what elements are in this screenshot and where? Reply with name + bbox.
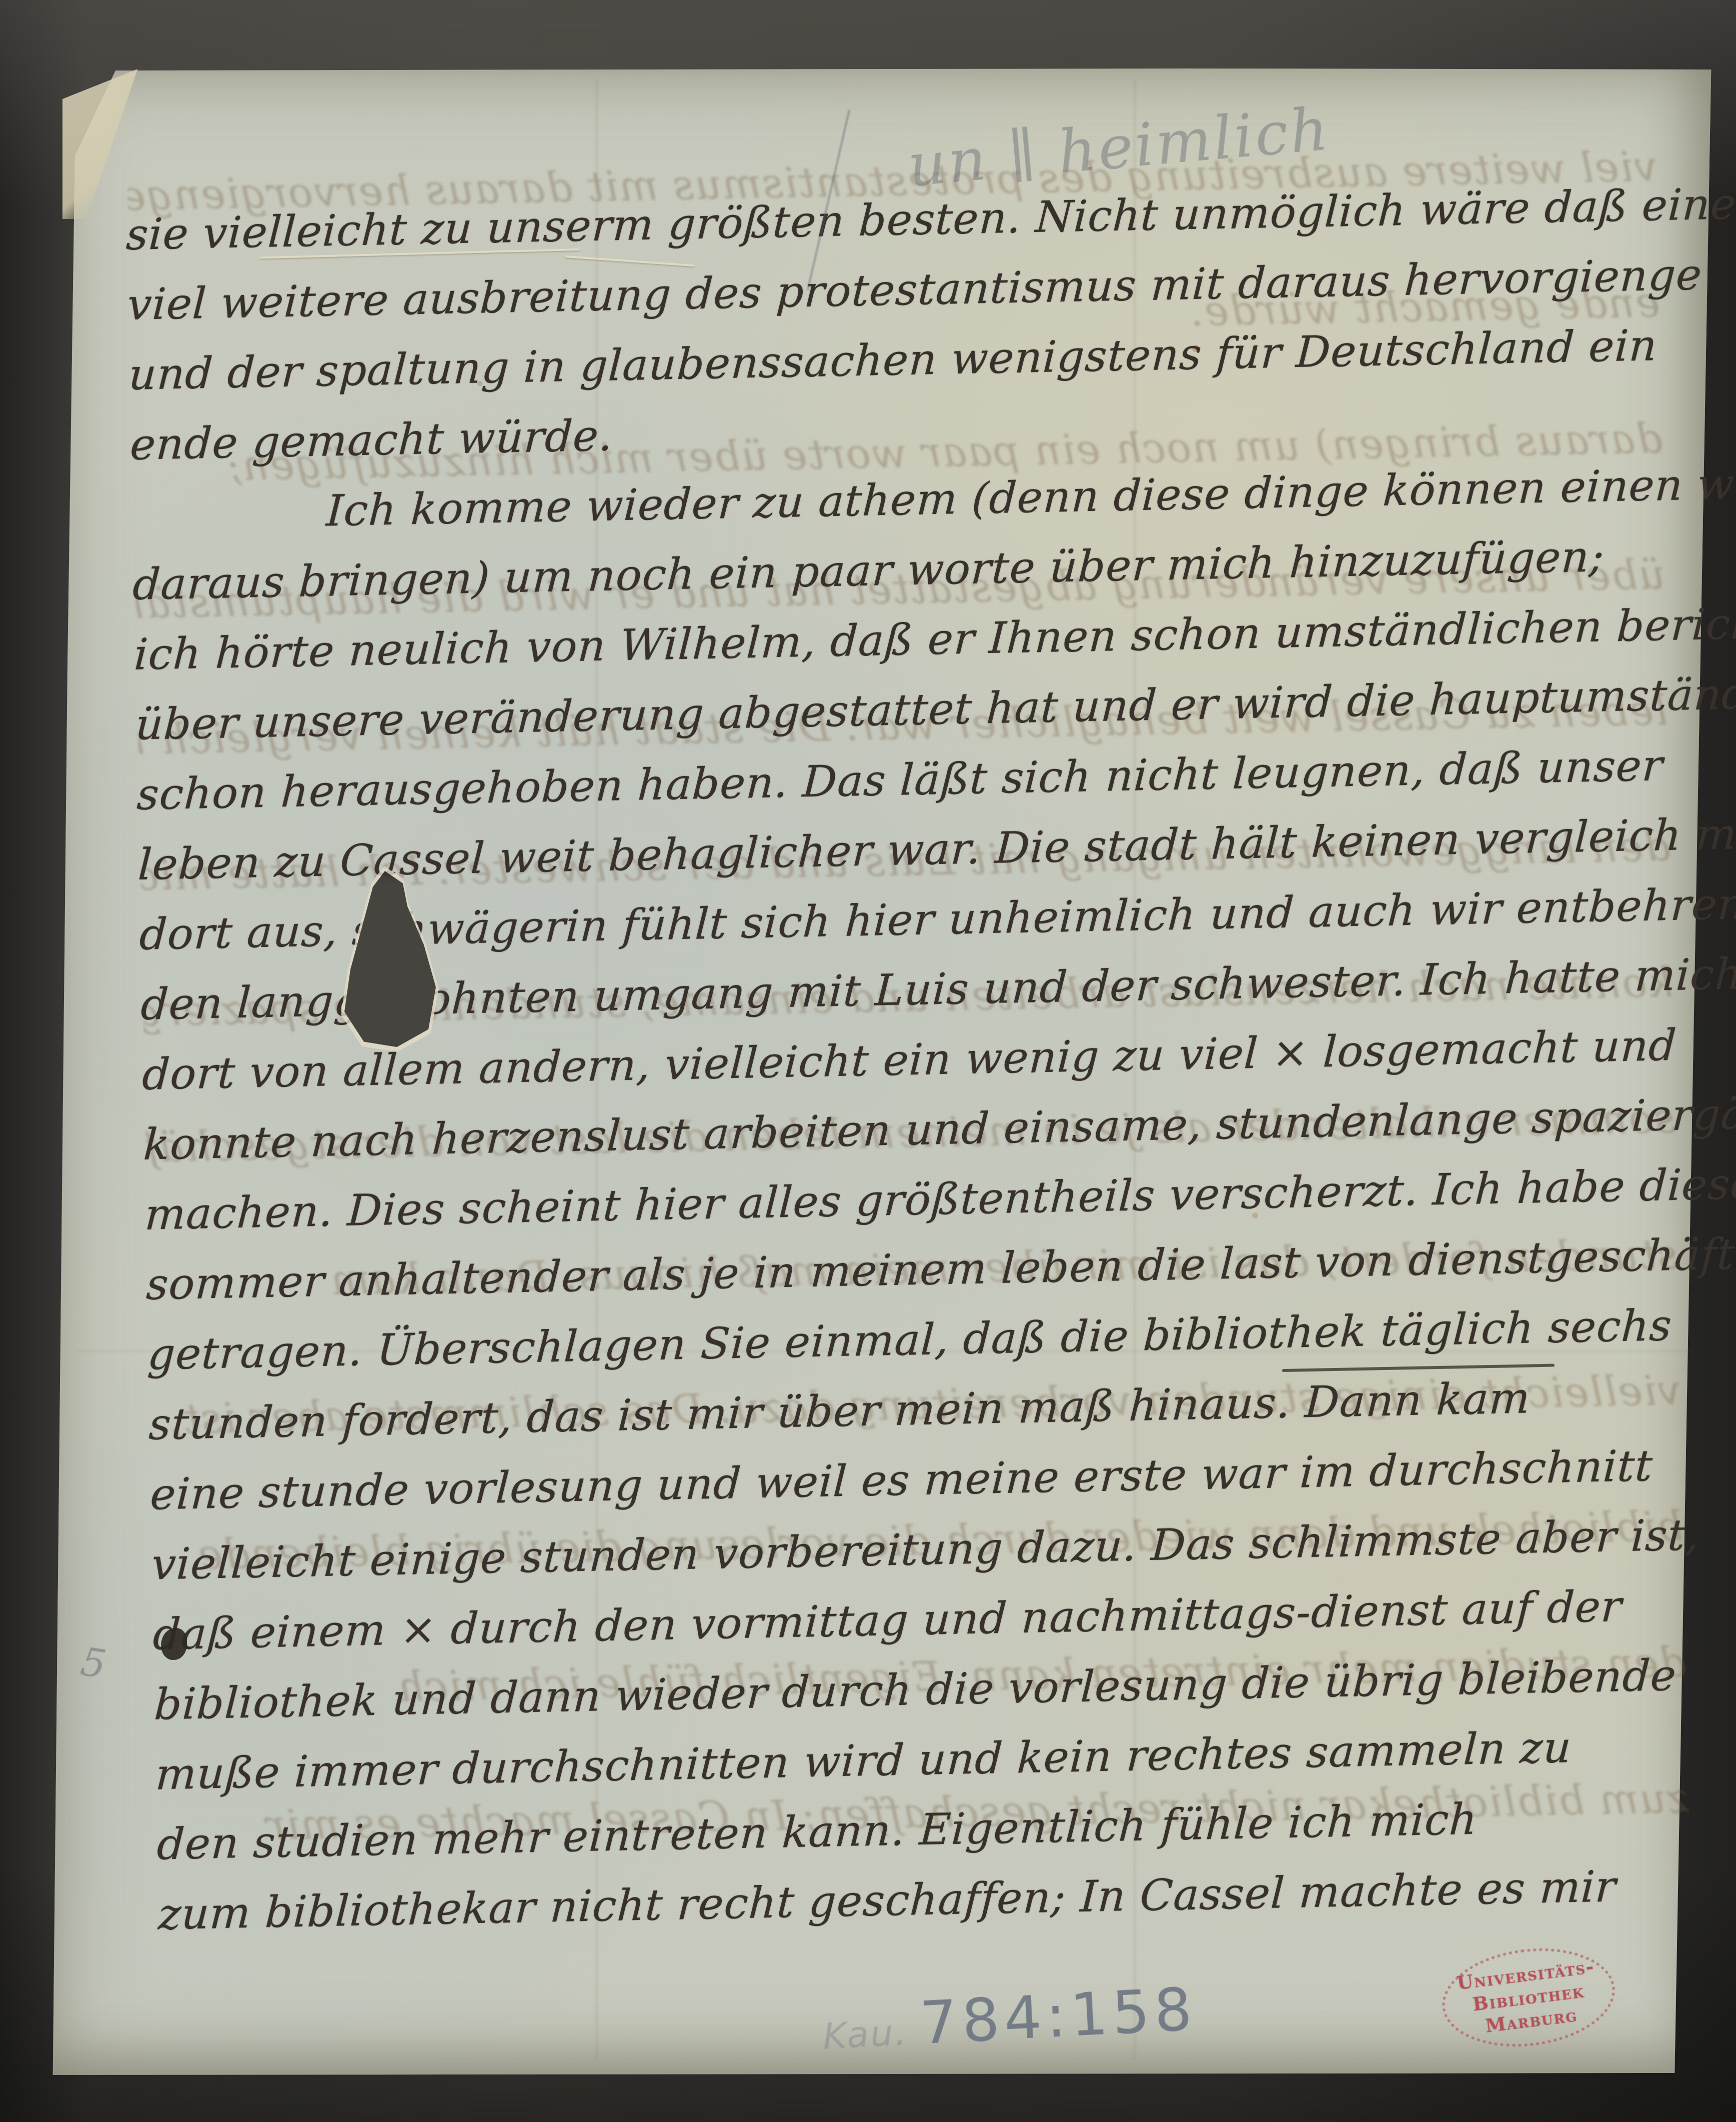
scanned-letter-photograph: { "page": { "kind": "scanned handwritten…	[0, 0, 1736, 2122]
pencil-shelfmark-number: 784:158	[918, 1974, 1198, 2058]
pencil-shelfmark-prefix: Kau.	[822, 2011, 908, 2057]
ink-blot	[161, 1628, 187, 1660]
letter-text-block: sie vielleicht zu unserm größten besten.…	[125, 180, 1703, 1960]
